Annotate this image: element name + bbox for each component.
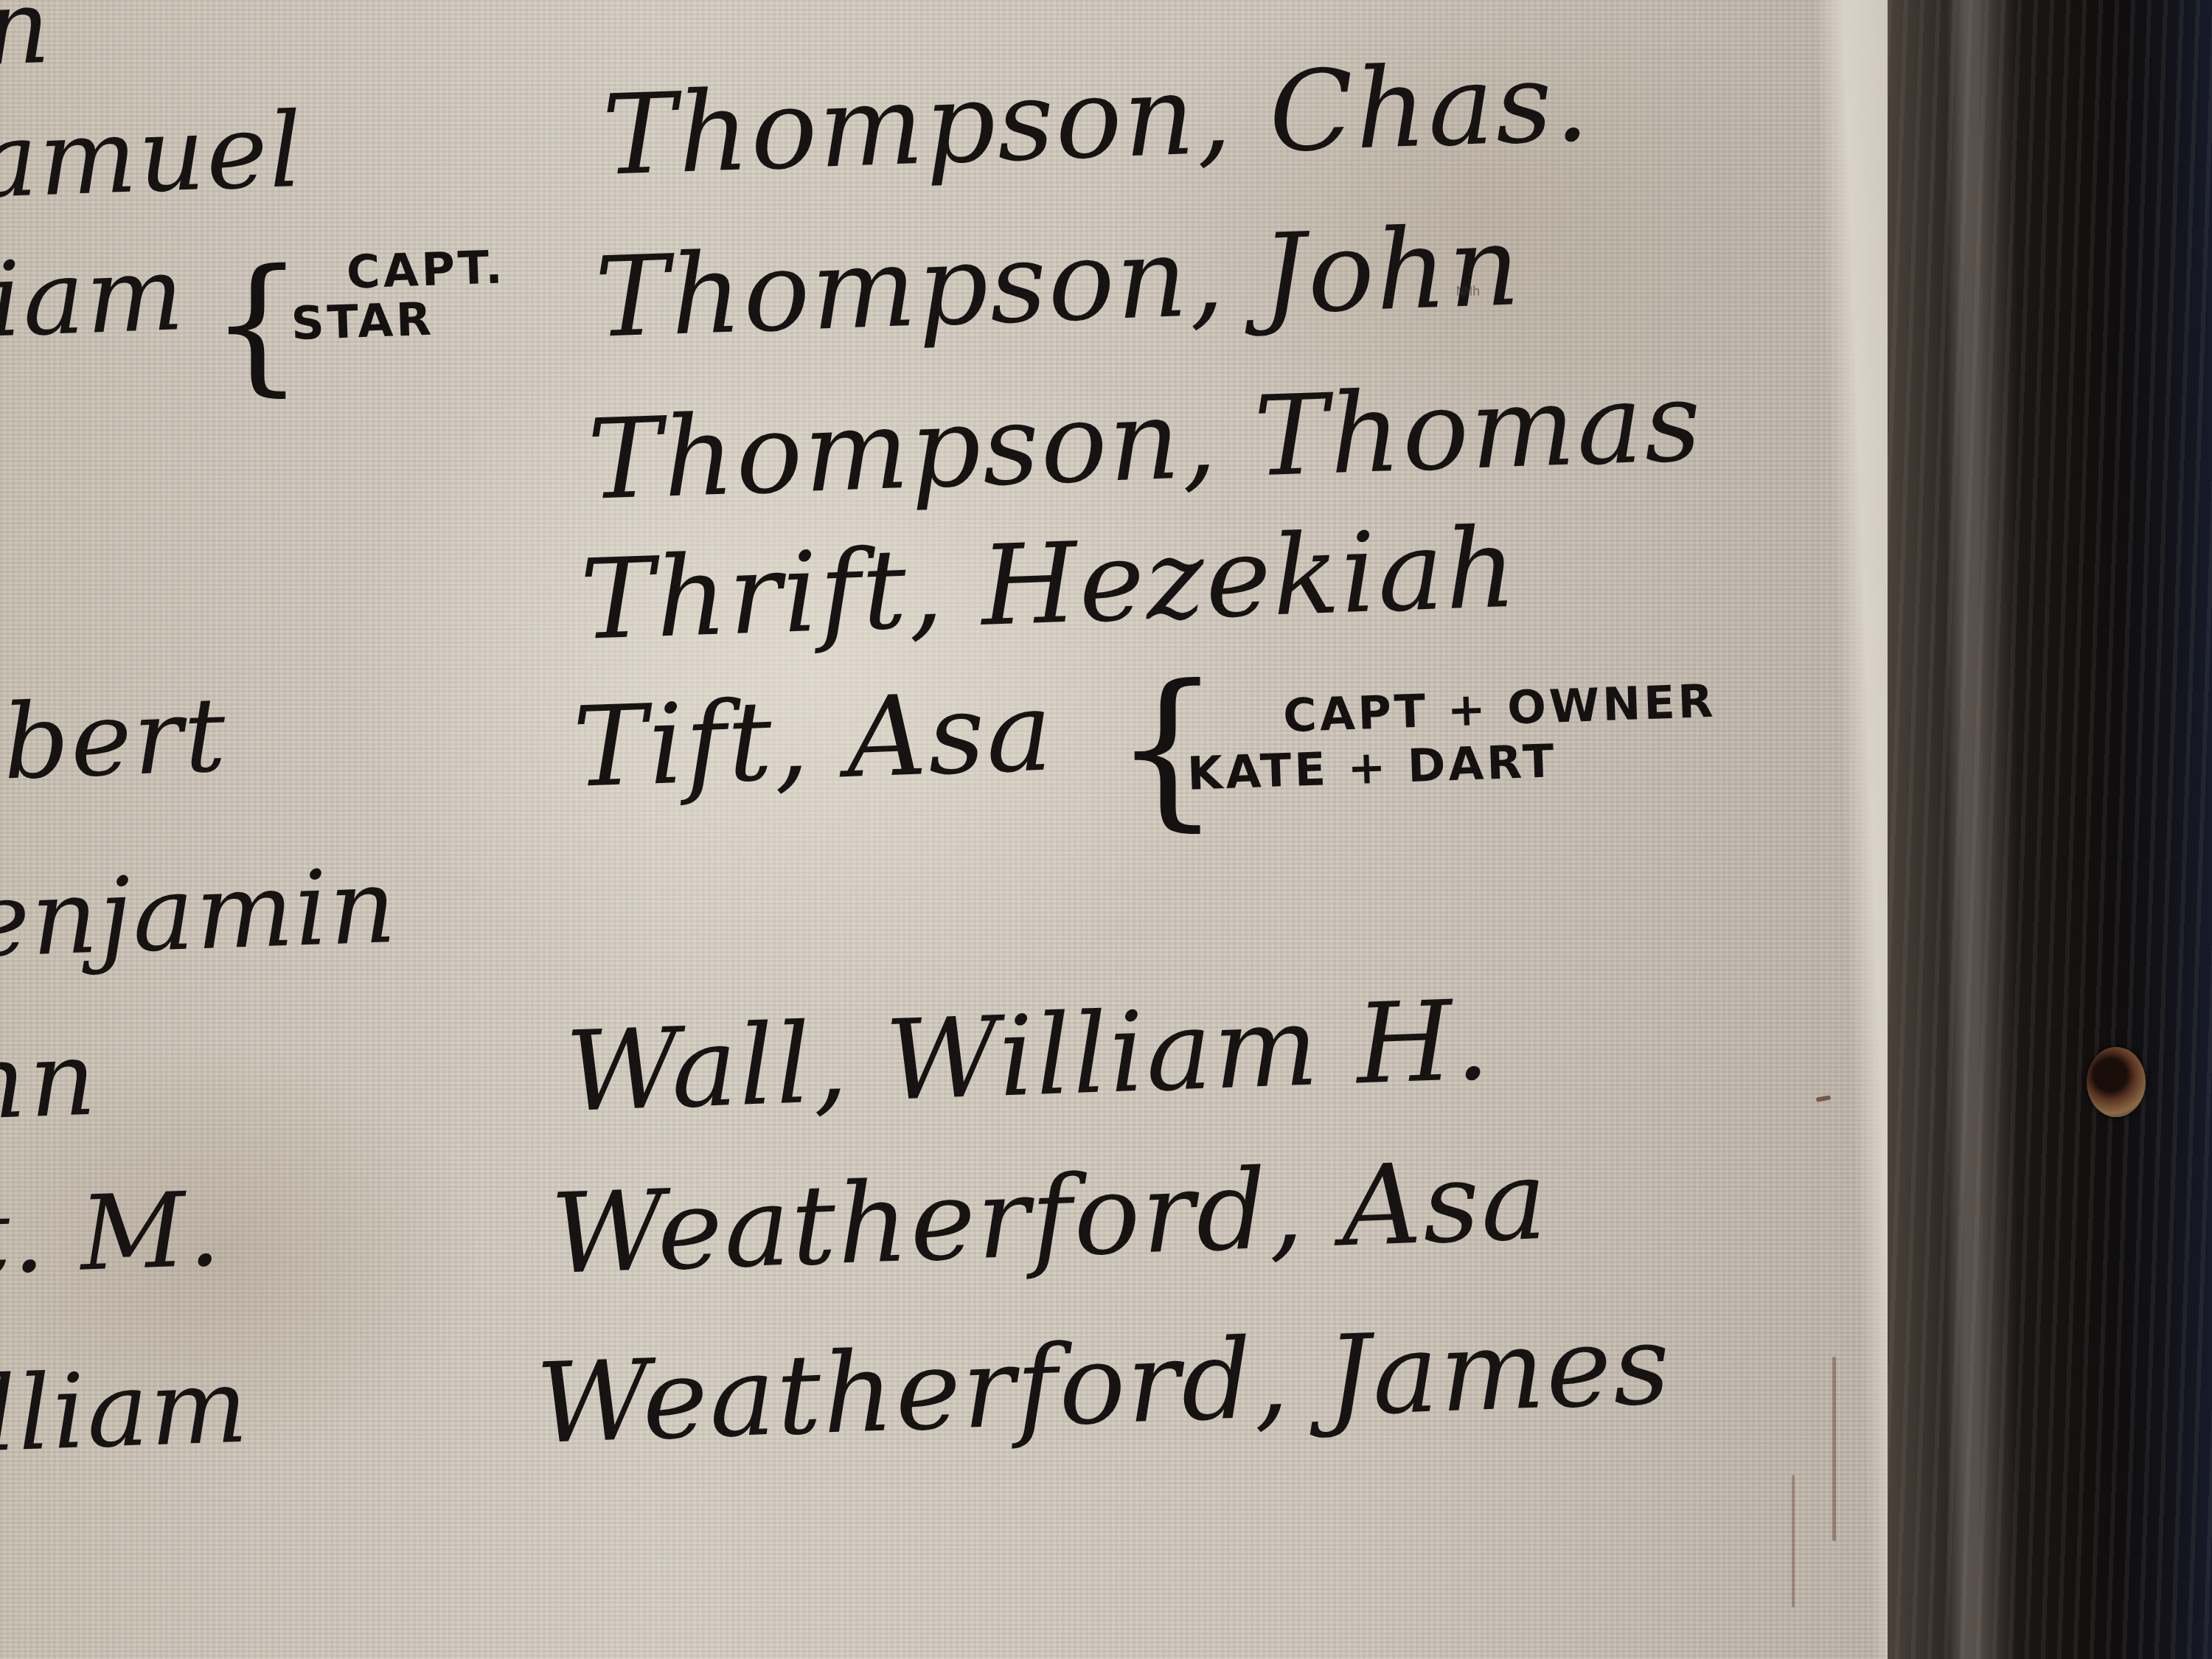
roster-entry: Wall, William H. (564, 985, 1493, 1128)
scratch-mark (1832, 1357, 1836, 1541)
left-fragment: n (0, 0, 53, 81)
annotation-line: CAPT. (346, 244, 506, 295)
annotation-line: KATE + DART (1186, 738, 1558, 796)
left-fragment: lbert (0, 684, 229, 796)
left-fragment: lliam (0, 1355, 251, 1467)
roster-entry: Tift, Asa (571, 676, 1056, 804)
roster-entry: Weatherford, Asa (549, 1145, 1551, 1290)
roster-entry: Thrift, Hezekiah (579, 513, 1520, 656)
annotation-line: STAR (291, 296, 435, 347)
scratch-mark (1792, 1475, 1795, 1607)
left-fragment: t. M. (0, 1178, 223, 1290)
wooden-frame (1888, 0, 2212, 1659)
roster-entry: Thompson, Chas. (601, 46, 1592, 192)
frame-grain-highlight (1947, 0, 1983, 1659)
brace-icon: { (210, 251, 304, 398)
left-fragment: hn (0, 1028, 99, 1135)
left-fragment: liam (0, 243, 187, 354)
left-fragment: amuel (0, 100, 305, 214)
roster-entry: Thompson, John (594, 211, 1523, 354)
screw-hole-icon (2087, 1047, 2146, 1117)
left-fragment: enjamin (0, 855, 399, 973)
small-stamp-mark: NMh (1456, 284, 1481, 299)
